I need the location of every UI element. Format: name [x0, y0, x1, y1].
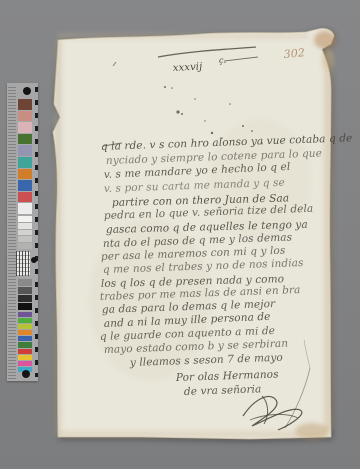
manuscript-photo: xxxvij ç. 302 q la rde. v s con hro alon… — [0, 0, 360, 469]
folio-number: 302 — [283, 46, 305, 61]
archival-numbering: xxxvij — [173, 61, 203, 74]
archival-numbering-superscript: ç. — [219, 56, 226, 65]
archival-photo-stage: xxxvij ç. 302 q la rde. v s con hro alon… — [0, 0, 360, 469]
